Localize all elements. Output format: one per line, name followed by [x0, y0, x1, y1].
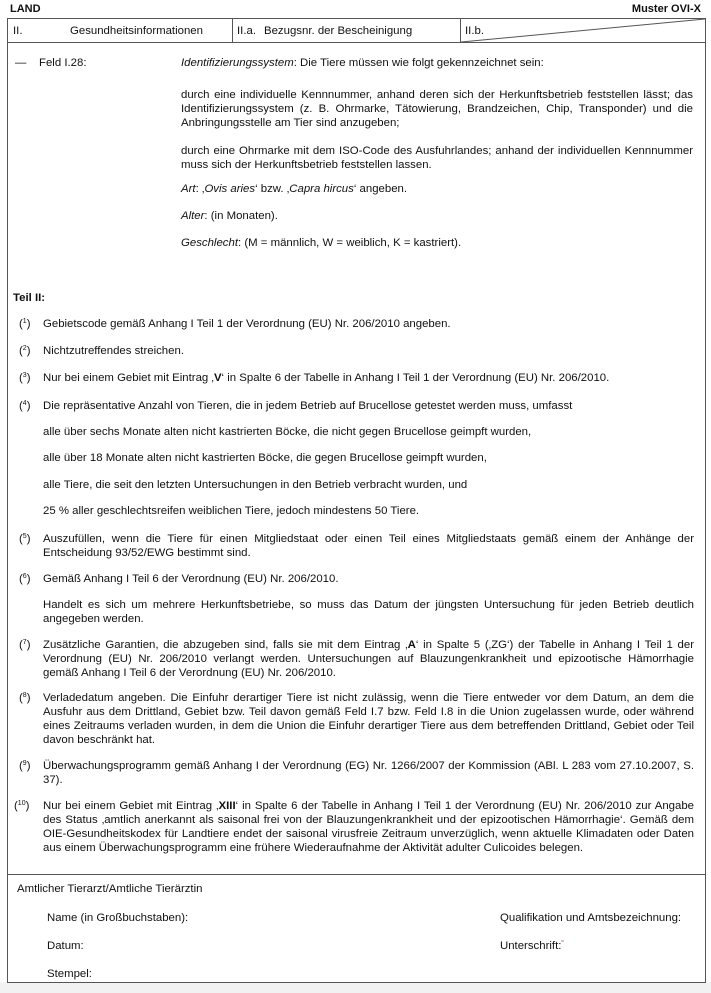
footnote-4-item: alle über 18 Monate alten nicht kastrier…: [43, 451, 693, 465]
section-title-cell: II. Gesundheitsinformationen: [8, 19, 233, 42]
date-field-label: Datum:: [47, 939, 84, 953]
signature-block: Amtlicher Tierarzt/Amtliche Tierärztin N…: [7, 874, 706, 983]
name-field-label: Name (in Großbuchstaben):: [47, 911, 188, 925]
section-header: II. Gesundheitsinformationen II.a. Bezug…: [7, 18, 706, 43]
stamp-field-label: Stempel:: [47, 967, 92, 981]
sex-line: Geschlecht: (M = männlich, W = weiblich,…: [181, 236, 461, 250]
art-line: Art: ‚Ovis aries‘ bzw. ‚Capra hircus‘ an…: [181, 182, 407, 196]
alter-line: Alter: (in Monaten).: [181, 209, 278, 223]
reference-b-cell: II.b.: [461, 19, 705, 42]
identification-para-2: durch eine Ohrmarke mit dem ISO-Code des…: [181, 144, 693, 172]
country-label: LAND: [10, 3, 41, 15]
reference-label: Bezugsnr. der Bescheinigung: [264, 25, 412, 37]
footnote-4-item: alle über sechs Monate alten nicht kastr…: [43, 425, 693, 439]
identification-intro: Identifizierungssystem: Die Tiere müssen…: [181, 56, 693, 70]
reference-number: II.a.: [237, 25, 264, 37]
footnote-4-item: 25 % aller geschlechtsreifen weiblichen …: [43, 504, 693, 518]
qualification-field-label: Qualifikation und Amtsbezeichnung:: [500, 911, 681, 925]
strike-line: [461, 19, 705, 42]
identification-para-1: durch eine individuelle Kennnummer, anha…: [181, 88, 693, 130]
notes-frame: — Feld I.28: Identifizierungssystem: Die…: [7, 41, 706, 875]
field-label: Feld I.28:: [39, 56, 87, 70]
reference-cell: II.a. Bezugsnr. der Bescheinigung: [233, 19, 461, 42]
section-number: II.: [13, 25, 70, 37]
reference-b-label: II.b.: [465, 25, 484, 37]
certificate-page: LAND Muster OVI-X II. Gesundheitsinforma…: [0, 0, 711, 982]
dash-marker: —: [15, 56, 26, 70]
part2-title: Teil II:: [13, 291, 45, 305]
model-label: Muster OVI-X: [632, 3, 701, 15]
footnote-4-item: alle Tiere, die seit den letzten Untersu…: [43, 478, 693, 492]
signature-title: Amtlicher Tierarzt/Amtliche Tierärztin: [17, 882, 202, 896]
signature-field-label: Unterschrift:“: [500, 939, 564, 953]
section-title: Gesundheitsinformationen: [70, 25, 203, 37]
